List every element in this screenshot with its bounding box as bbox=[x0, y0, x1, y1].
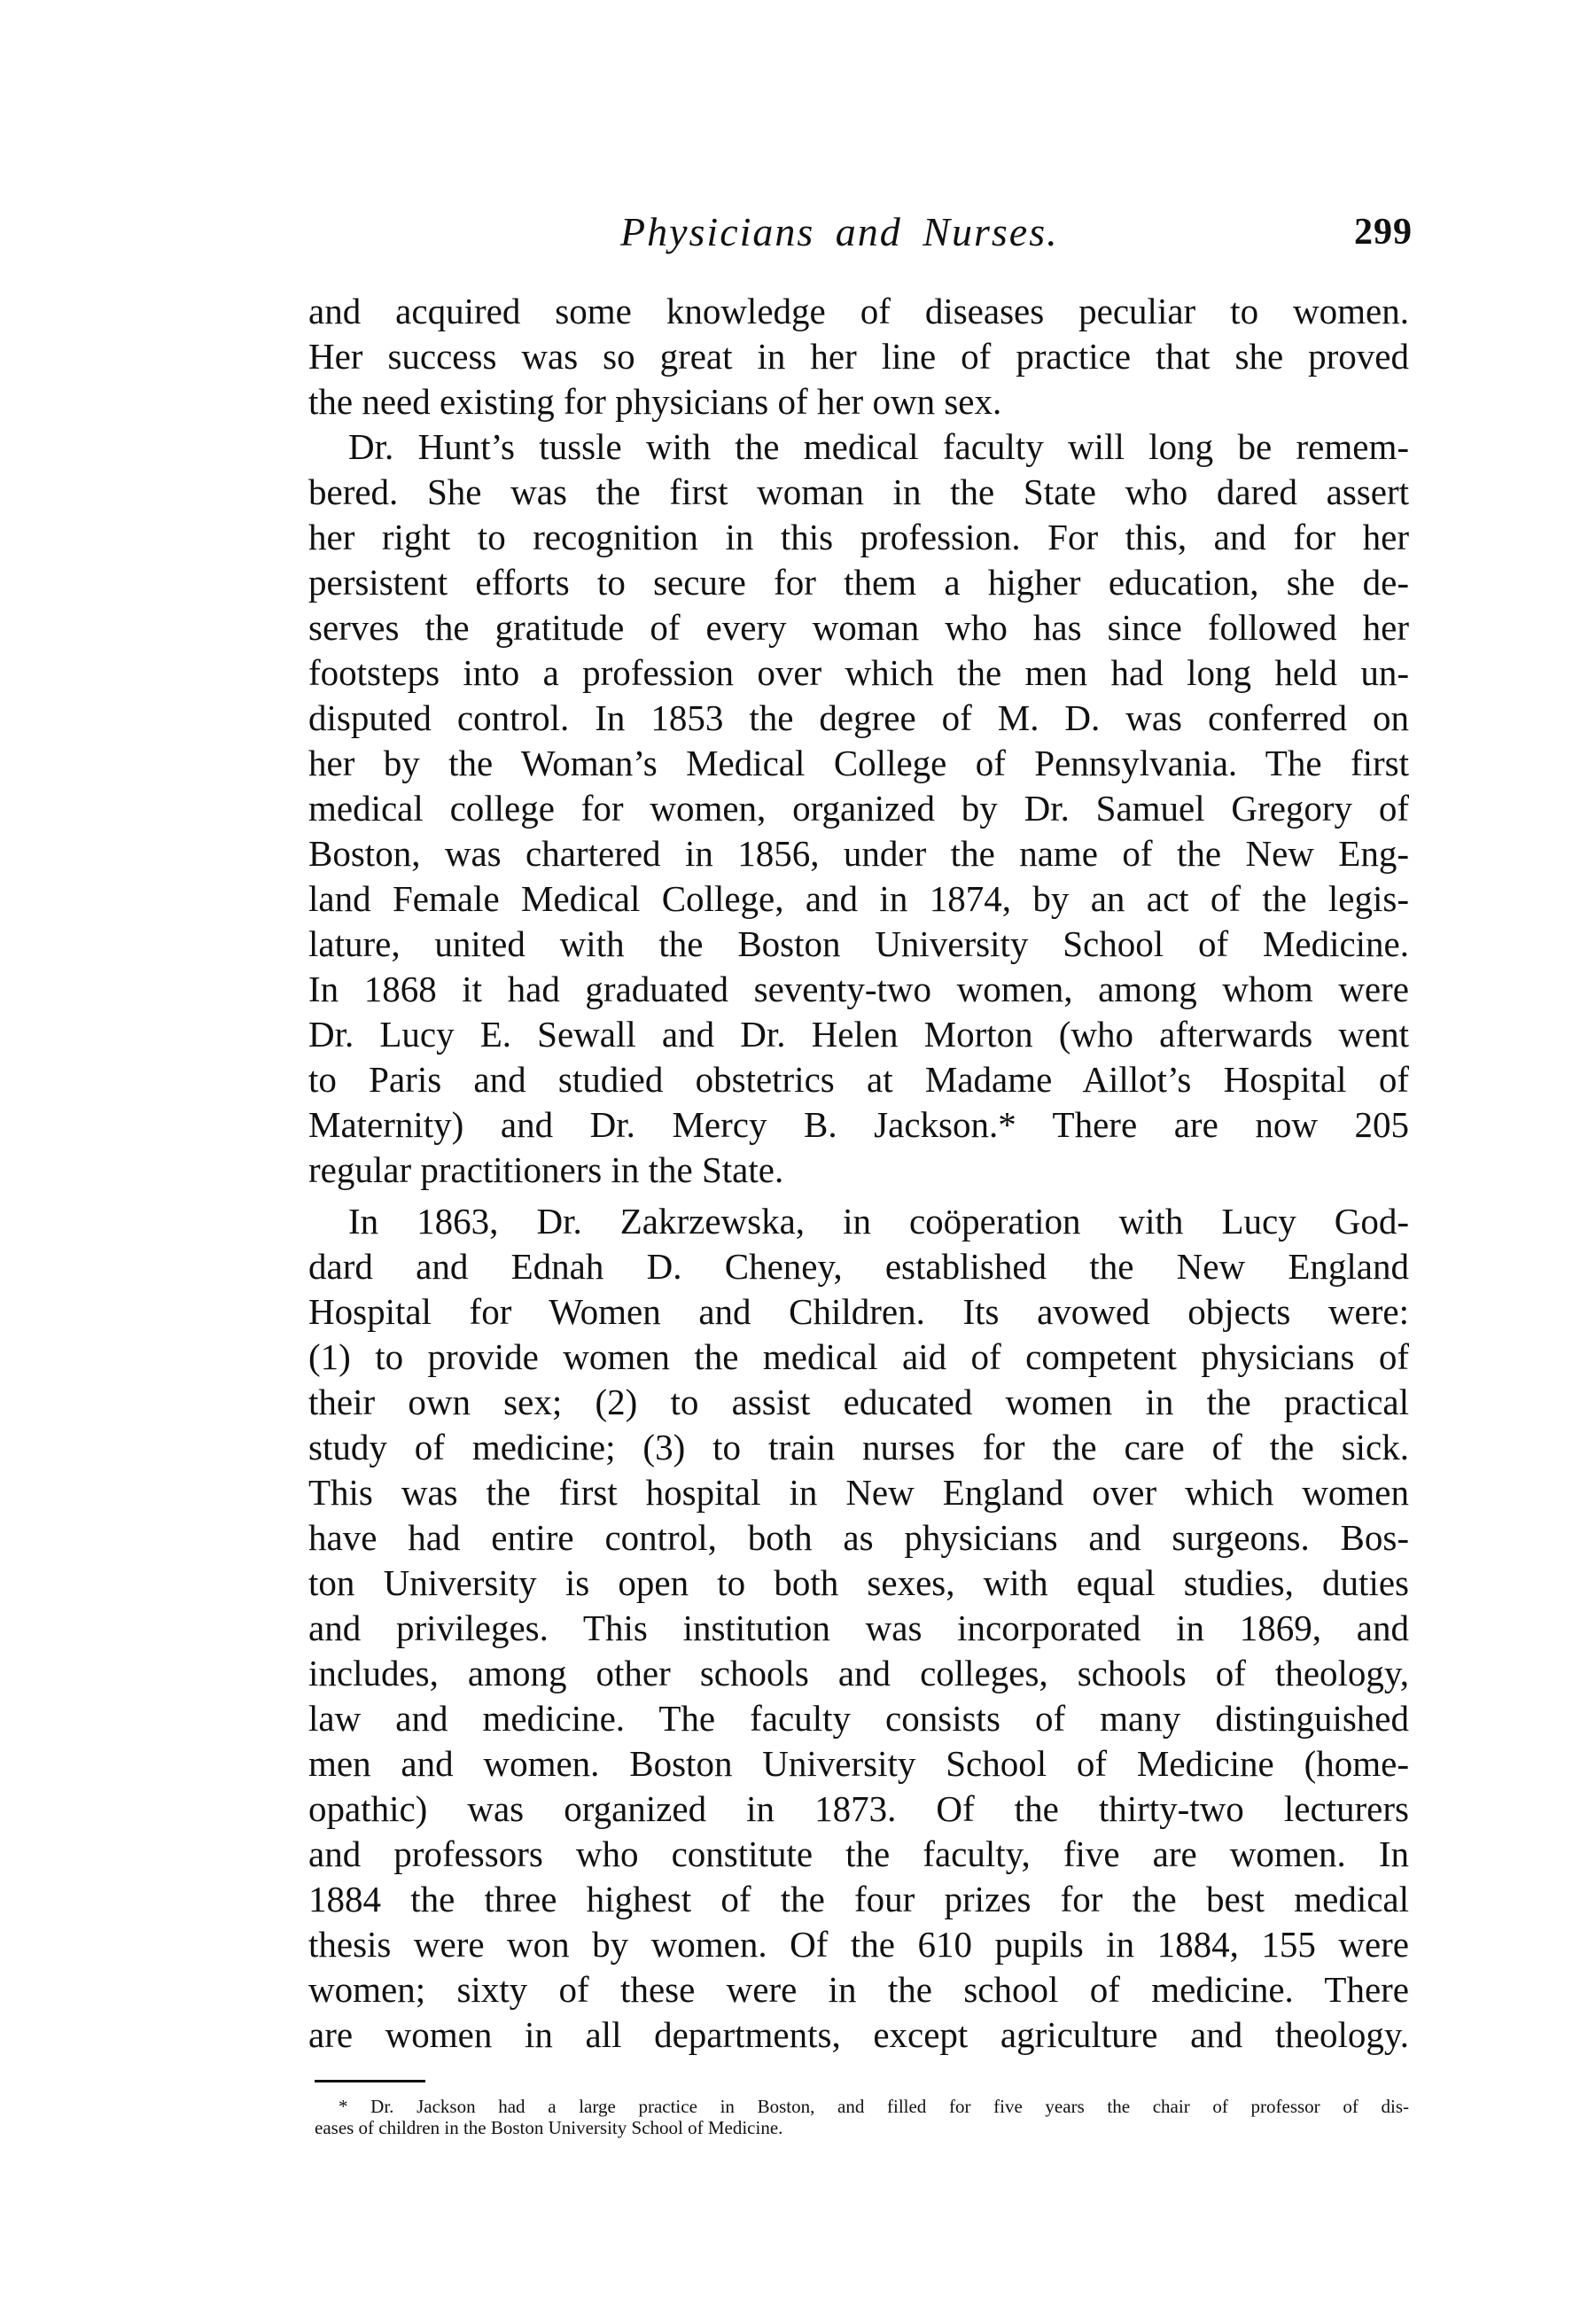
text-line: and privileges. This institution was inc… bbox=[308, 1606, 1409, 1651]
text-line: bered. She was the first woman in the St… bbox=[308, 470, 1409, 515]
text-line: lature, united with the Boston Universit… bbox=[308, 922, 1409, 967]
text-line: Boston, was chartered in 1856, under the… bbox=[308, 831, 1409, 876]
text-line: law and medicine. The faculty consists o… bbox=[308, 1696, 1409, 1741]
text-line: This was the first hospital in New Engla… bbox=[308, 1470, 1409, 1515]
text-line: and professors who constitute the facult… bbox=[308, 1832, 1409, 1877]
text-line: the need existing for physicians of her … bbox=[308, 379, 1409, 424]
text-line: women; sixty of these were in the school… bbox=[308, 1967, 1409, 2012]
text-line: have had entire control, both as physici… bbox=[308, 1515, 1409, 1561]
text-line: and acquired some knowledge of diseases … bbox=[308, 289, 1409, 334]
text-line: includes, among other schools and colleg… bbox=[308, 1651, 1409, 1696]
text-line: her by the Woman’s Medical College of Pe… bbox=[308, 741, 1409, 786]
text-line: Maternity) and Dr. Mercy B. Jackson.* Th… bbox=[308, 1102, 1409, 1148]
text-line: study of medicine; (3) to train nurses f… bbox=[308, 1425, 1409, 1470]
text-line: regular practitioners in the State. bbox=[308, 1148, 1409, 1193]
text-line: men and women. Boston University School … bbox=[308, 1741, 1409, 1787]
text-line: disputed control. In 1853 the degree of … bbox=[308, 696, 1409, 741]
text-line: Dr. Hunt’s tussle with the medical facul… bbox=[308, 424, 1409, 470]
text-line: medical college for women, organized by … bbox=[308, 786, 1409, 831]
footnote-divider bbox=[315, 2080, 425, 2082]
text-line: ton University is open to both sexes, wi… bbox=[308, 1561, 1409, 1606]
text-line: their own sex; (2) to assist educated wo… bbox=[308, 1380, 1409, 1425]
footnote-line: eases of children in the Boston Universi… bbox=[315, 2117, 1409, 2138]
text-line: thesis were won by women. Of the 610 pup… bbox=[308, 1922, 1409, 1967]
text-line: (1) to provide women the medical aid of … bbox=[308, 1335, 1409, 1380]
text-line: are women in all departments, except agr… bbox=[308, 2012, 1409, 2058]
text-line: In 1868 it had graduated seventy-two wom… bbox=[308, 967, 1409, 1012]
text-line: Her success was so great in her line of … bbox=[308, 334, 1409, 379]
text-line: Dr. Lucy E. Sewall and Dr. Helen Morton … bbox=[308, 1012, 1409, 1057]
text-line: In 1863, Dr. Zakrzewska, in coöperation … bbox=[308, 1199, 1409, 1244]
text-line: 1884 the three highest of the four prize… bbox=[308, 1877, 1409, 1922]
text-line: opathic) was organized in 1873. Of the t… bbox=[308, 1787, 1409, 1832]
text-line: her right to recognition in this profess… bbox=[308, 515, 1409, 560]
text-line: persistent efforts to secure for them a … bbox=[308, 560, 1409, 605]
text-line: Hospital for Women and Children. Its avo… bbox=[308, 1289, 1409, 1335]
book-page: Physicians and Nurses. 299 and acquired … bbox=[0, 0, 1596, 2312]
footnote-line: * Dr. Jackson had a large practice in Bo… bbox=[315, 2096, 1409, 2117]
paragraph-group-2: In 1863, Dr. Zakrzewska, in coöperation … bbox=[308, 1199, 1409, 2058]
text-line: serves the gratitude of every woman who … bbox=[308, 605, 1409, 650]
text-line: land Female Medical College, and in 1874… bbox=[308, 876, 1409, 922]
running-head-title: Physicians and Nurses. bbox=[620, 209, 1099, 255]
text-line: to Paris and studied obstetrics at Madam… bbox=[308, 1057, 1409, 1102]
text-line: footsteps into a profession over which t… bbox=[308, 650, 1409, 696]
footnote: * Dr. Jackson had a large practice in Bo… bbox=[315, 2096, 1409, 2138]
paragraph-group-1: and acquired some knowledge of diseases … bbox=[308, 289, 1409, 1193]
text-line: dard and Ednah D. Cheney, established th… bbox=[308, 1244, 1409, 1289]
page-number: 299 bbox=[1342, 209, 1413, 255]
